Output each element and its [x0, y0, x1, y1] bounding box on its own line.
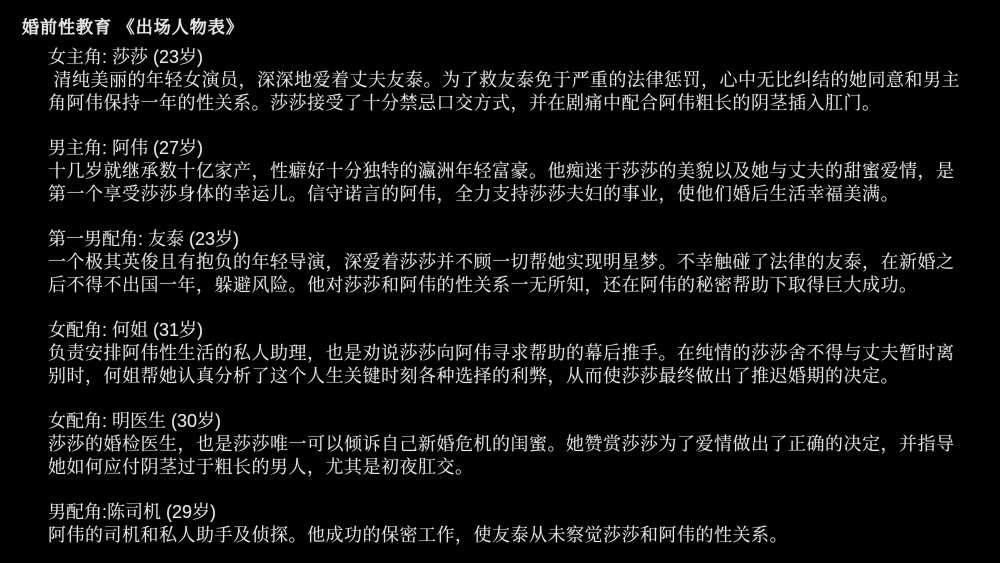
character-description: 负责安排阿伟性生活的私人助理，也是劝说莎莎向阿伟寻求帮助的幕后推手。在纯情的莎莎… [48, 342, 966, 388]
character-section: 女配角: 何姐 (31岁) 负责安排阿伟性生活的私人助理，也是劝说莎莎向阿伟寻求… [48, 319, 966, 388]
character-section: 男配角:陈司机 (29岁) 阿伟的司机和私人助手及侦探。他成功的保密工作，使友泰… [48, 501, 966, 547]
character-section: 女配角: 明医生 (30岁) 莎莎的婚检医生，也是莎莎唯一可以倾诉自己新婚危机的… [48, 410, 966, 479]
character-description: 清纯美丽的年轻女演员，深深地爱着丈夫友泰。为了救友泰免于严重的法律惩罚，心中无比… [48, 69, 966, 115]
page-title: 婚前性教育 《出场人物表》 [22, 13, 244, 38]
character-role: 女配角: 明医生 (30岁) [48, 410, 966, 433]
character-role: 男主角: 阿伟 (27岁) [48, 137, 966, 160]
character-role: 女配角: 何姐 (31岁) [48, 319, 966, 342]
character-list: 女主角: 莎莎 (23岁) 清纯美丽的年轻女演员，深深地爱着丈夫友泰。为了救友泰… [48, 46, 966, 563]
character-description: 十几岁就继承数十亿家产，性癖好十分独特的瀛洲年轻富豪。他痴迷于莎莎的美貌以及她与… [48, 160, 966, 206]
character-description: 一个极其英俊且有抱负的年轻导演，深爱着莎莎并不顾一切帮她实现明星梦。不幸触碰了法… [48, 251, 966, 297]
character-role: 男配角:陈司机 (29岁) [48, 501, 966, 524]
character-section: 女主角: 莎莎 (23岁) 清纯美丽的年轻女演员，深深地爱着丈夫友泰。为了救友泰… [48, 46, 966, 115]
character-section: 男主角: 阿伟 (27岁) 十几岁就继承数十亿家产，性癖好十分独特的瀛洲年轻富豪… [48, 137, 966, 206]
character-description: 阿伟的司机和私人助手及侦探。他成功的保密工作，使友泰从未察觉莎莎和阿伟的性关系。 [48, 524, 966, 547]
character-list-page: 婚前性教育 《出场人物表》 女主角: 莎莎 (23岁) 清纯美丽的年轻女演员，深… [0, 0, 1000, 563]
character-role: 女主角: 莎莎 (23岁) [48, 46, 966, 69]
character-description: 莎莎的婚检医生，也是莎莎唯一可以倾诉自己新婚危机的闺蜜。她赞赏莎莎为了爱情做出了… [48, 433, 966, 479]
character-section: 第一男配角: 友泰 (23岁) 一个极其英俊且有抱负的年轻导演，深爱着莎莎并不顾… [48, 228, 966, 297]
character-role: 第一男配角: 友泰 (23岁) [48, 228, 966, 251]
